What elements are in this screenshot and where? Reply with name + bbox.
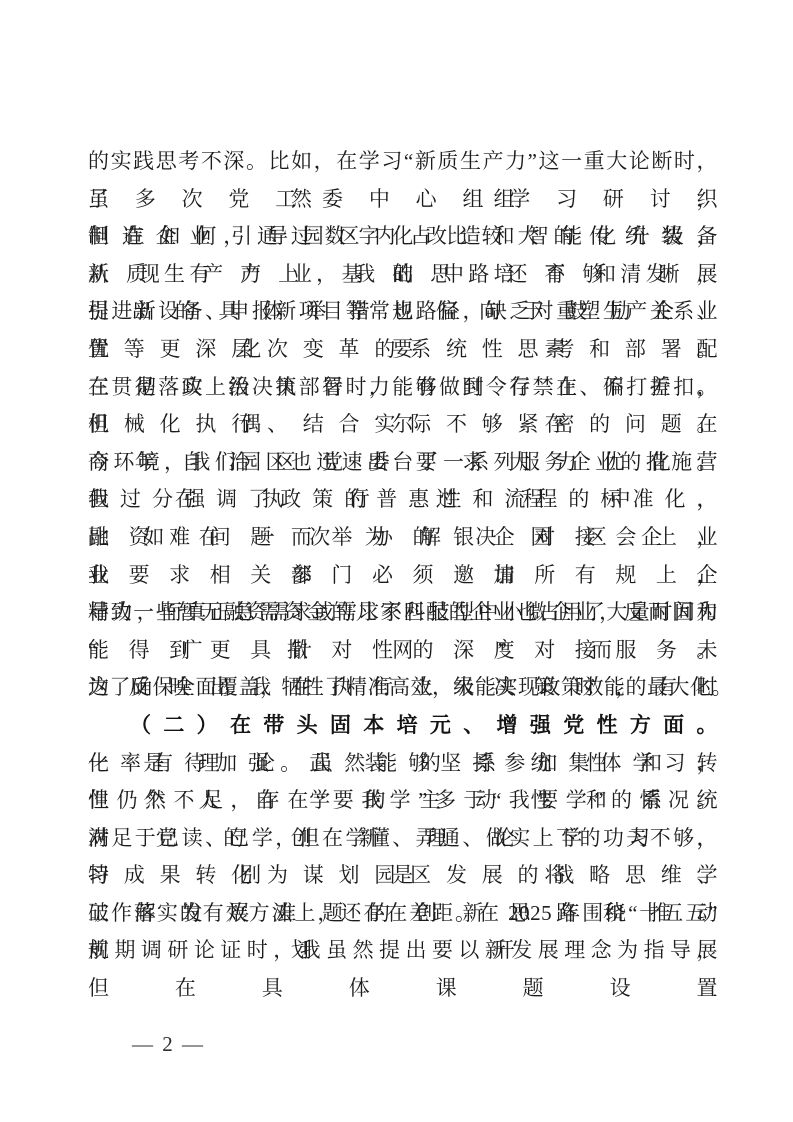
- text-line: 我过分强调了政策的普惠性和流程的标准化，比如在一次为解决园区企业: [88, 481, 718, 519]
- text-line: 融资难问题而举办的银企对接会上，我要求相关部门必须邀请所有规上企: [88, 519, 718, 557]
- text-line: 商环境，我们园区也迅速出台了一系列服务企业的措施。但在执行过程中，: [88, 444, 718, 482]
- text-line: 性仍然不足，存在“要我学”多于“我要学”的情况。对党的创新理论学习，: [88, 782, 718, 820]
- text-line: （二）在带头固本培元、增强党性方面。一是理论武装的系统性和转: [88, 707, 718, 745]
- text-line: 精力，而真正急需资金的几家科技型中小微企业，反而因为“广撒网”而未: [88, 594, 718, 632]
- text-line: 习成果转化为谋划园区发展的战略思维、破解发展难题的创新思路和推动: [88, 857, 718, 895]
- text-line: 新质生产力上，我的思路还不够清晰，提出的具体举措也偏向于鼓励企业: [88, 256, 718, 294]
- text-line: 机械化执行、结合实际不够紧密的问题。今年自治区党委要求大力优化营: [88, 406, 718, 444]
- text-line: 为了确保全面覆盖，牺牲了精准高效，未能实现政策效能的最大化。: [88, 669, 718, 707]
- text-line: 制造企业，通过数字化改造和智能化升级，从现有产业基础中培育和发展: [88, 218, 718, 256]
- text-line: 前期调研论证时，我虽然提出要以新发展理念为指导，但在具体课题设置: [88, 932, 718, 970]
- document-page: 的实践思考不深。比如，在学习“新质生产力”这一重大论断时，虽然组织了多次党工委中…: [0, 0, 793, 1122]
- text-line: 了多次党工委中心组学习研讨，但在如何引导园区内占比较大的传统装备: [88, 181, 718, 219]
- text-line: 化率有待加强。虽然能够坚持参加集体学习，但个人自学的主动性和系统: [88, 745, 718, 783]
- text-line: 置等更深层次变革的系统性思考和部署。三是政治执行力有时存在偏差。: [88, 331, 718, 369]
- text-line: 业参加，导致一些暂无融资需求或需求不匹配的企业也占用了大量时间和: [88, 557, 718, 595]
- document-body: 的实践思考不深。比如，在学习“新质生产力”这一重大论断时，虽然组织了多次党工委中…: [88, 143, 718, 970]
- text-segment: 为了确保全面覆盖，牺牲了精准高效，未能实现政策效能的最大化。: [88, 675, 733, 699]
- text-line: 在贯彻落实上级决策部署时，能够做到令行禁止、不打折扣，但偶尔存在: [88, 369, 718, 407]
- text-line: 的实践思考不深。比如，在学习“新质生产力”这一重大论断时，虽然组织: [88, 143, 718, 181]
- text-line: 满足于已读、已学，但在学懂、弄通、做实上下的功夫不够，特别是将学: [88, 820, 718, 858]
- text-segment: 前期调研论证时，我虽然提出要以新发展理念为指导，但在具体课题设置: [88, 938, 718, 1000]
- page-number: — 2 —: [132, 1029, 205, 1059]
- section-heading: （二）在带头固本培元、增强党性方面。: [130, 713, 718, 737]
- text-line: 引进新设备、申报新项目等常规路径，缺乏对重塑生产关系、优化要素配: [88, 293, 718, 331]
- text-line: 能得到更具针对性的深度对接服务。这反映出我在执行上级决策时，有时: [88, 632, 718, 670]
- text-line: 工作落实的有效方法上，还存在差距。在 2025 年围绕“十五五”规划开展: [88, 895, 718, 933]
